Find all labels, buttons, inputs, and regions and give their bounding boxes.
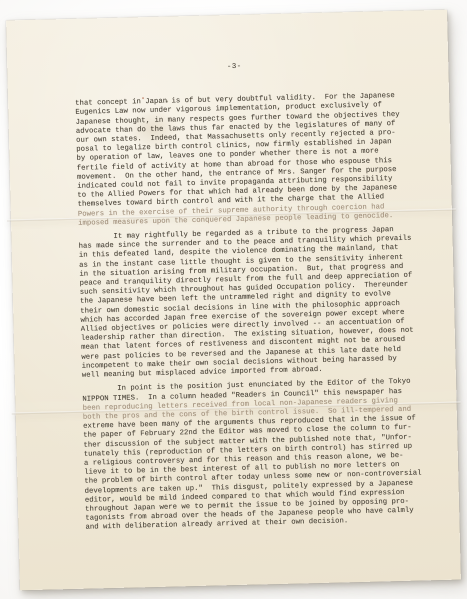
paragraph-1: that concept in Japan is of but very dou…	[75, 92, 426, 229]
typewritten-text: -3- that concept in Japan is of but very…	[74, 58, 433, 533]
paragraph-3: In point is the position just enunciated…	[82, 378, 433, 534]
paragraph-3-text-rest: extreme have been many of the arguments …	[83, 414, 434, 533]
paragraph-2: It may rightfully be regarded as a tribu…	[78, 225, 429, 381]
document-page: -3- that concept in Japan is of but very…	[6, 10, 461, 591]
paragraph-1-text: that concept in Japan is of but very dou…	[75, 92, 426, 211]
photo-background: -3- that concept in Japan is of but very…	[0, 0, 467, 599]
paragraph-2-text: It may rightfully be regarded as a tribu…	[78, 225, 429, 381]
page-number: -3-	[60, 59, 408, 77]
